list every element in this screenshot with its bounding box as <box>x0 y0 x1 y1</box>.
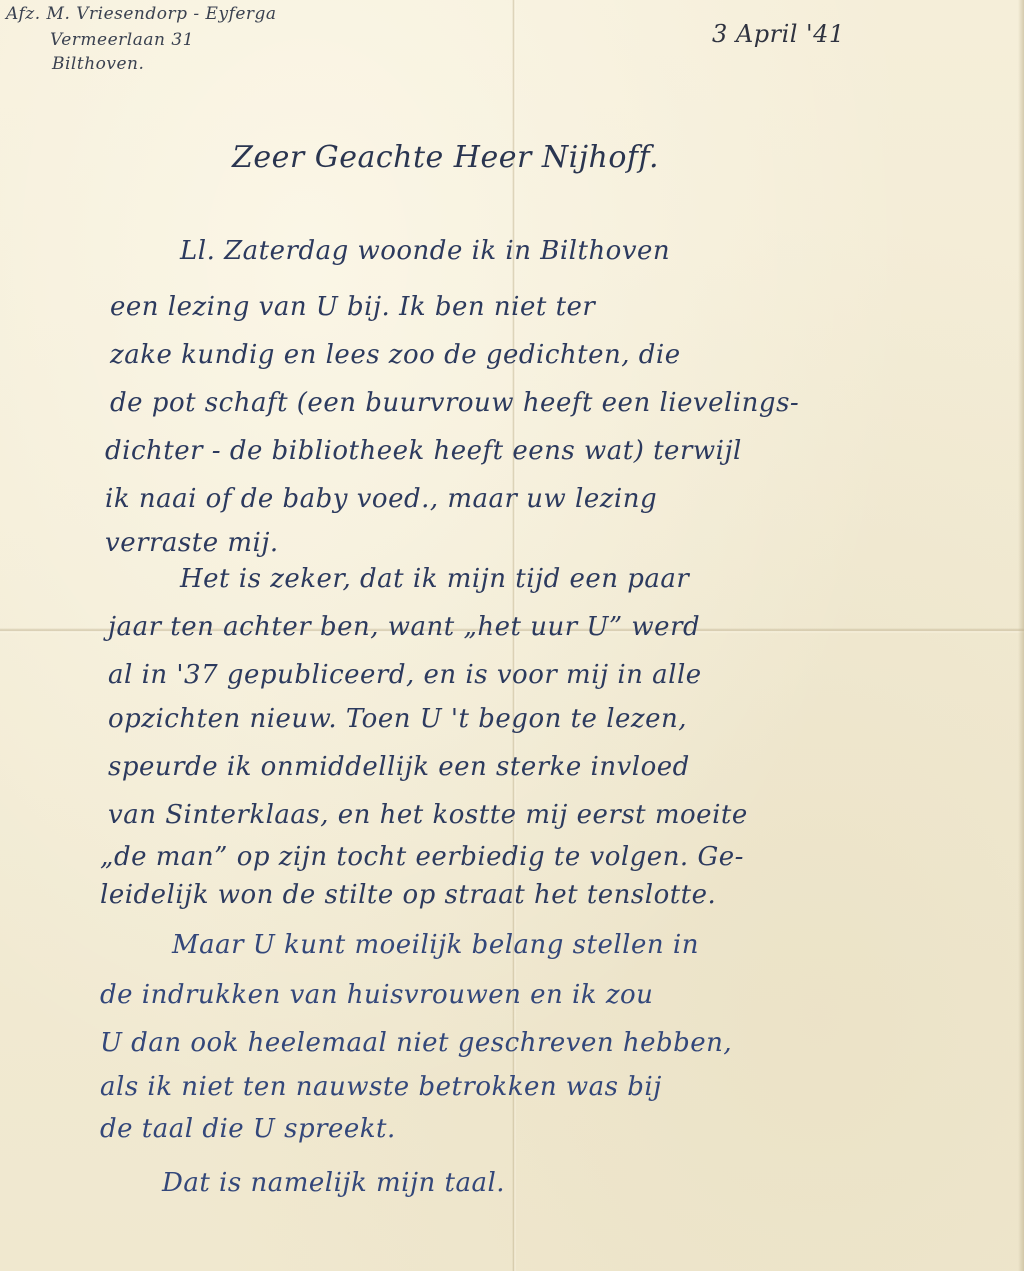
body-line: speurde ik onmiddellijk een sterke invlo… <box>108 752 690 782</box>
body-line: Maar U kunt moeilijk belang stellen in <box>172 930 699 960</box>
body-line: de indrukken van huisvrouwen en ik zou <box>100 980 653 1010</box>
body-line: dichter - de bibliotheek heeft eens wat)… <box>105 436 742 466</box>
sender-city: Bilthoven. <box>52 54 144 74</box>
letter-page: Afz. M. Vriesendorp - Eyferga Vermeerlaa… <box>0 0 1024 1271</box>
body-line: een lezing van U bij. Ik ben niet ter <box>110 292 595 322</box>
body-line: jaar ten achter ben, want „het uur U” we… <box>108 612 700 642</box>
sender-name: Afz. M. Vriesendorp - Eyferga <box>6 4 277 24</box>
body-line: al in '37 gepubliceerd, en is voor mij i… <box>108 660 702 690</box>
body-line: de pot schaft (een buurvrouw heeft een l… <box>110 388 799 418</box>
body-line: als ik niet ten nauwste betrokken was bi… <box>100 1072 662 1102</box>
salutation: Zeer Geachte Heer Nijhoff. <box>232 140 659 175</box>
body-line: Ll. Zaterdag woonde ik in Bilthoven <box>180 236 670 266</box>
body-line: opzichten nieuw. Toen U 't begon te leze… <box>108 704 687 734</box>
body-line: zake kundig en lees zoo de gedichten, di… <box>110 340 681 370</box>
body-line: „de man” op zijn tocht eerbiedig te volg… <box>100 842 744 872</box>
body-line: verraste mij. <box>105 528 279 558</box>
body-line: Het is zeker, dat ik mijn tijd een paar <box>180 564 689 594</box>
sender-street: Vermeerlaan 31 <box>50 30 194 50</box>
body-line: de taal die U spreekt. <box>100 1114 396 1144</box>
body-line: ik naai of de baby voed., maar uw lezing <box>105 484 657 514</box>
body-line: Dat is namelijk mijn taal. <box>162 1168 505 1198</box>
body-line: leidelijk won de stilte op straat het te… <box>100 880 716 910</box>
paper-edge <box>1018 0 1024 1271</box>
letter-date: 3 April '41 <box>712 20 845 48</box>
body-line: van Sinterklaas, en het kostte mij eerst… <box>108 800 748 830</box>
body-line: U dan ook heelemaal niet geschreven hebb… <box>100 1028 732 1058</box>
